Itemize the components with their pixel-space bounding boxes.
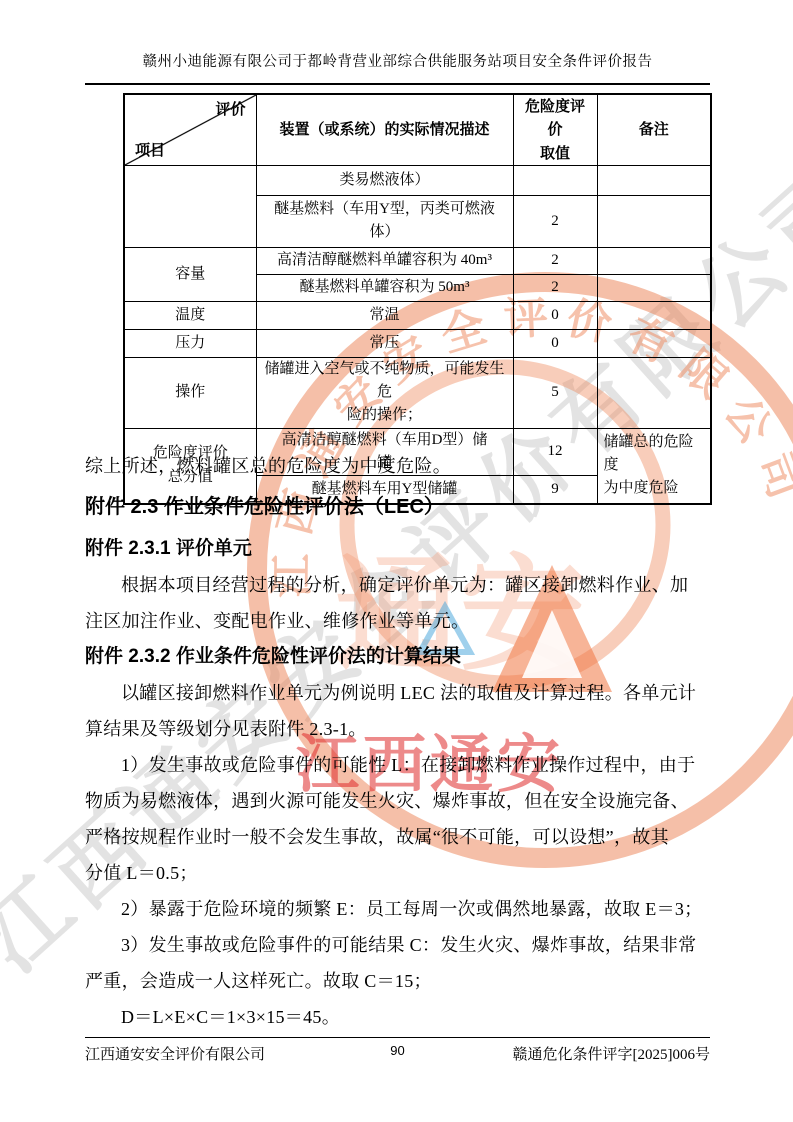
paragraph-line: 严重，会造成一人这样死亡。故取 C＝15； — [85, 963, 715, 999]
paragraph-line: 物质为易燃液体，遇到火源可能发生火灾、爆炸事故，但在安全设施完备、 — [85, 783, 715, 819]
paragraph-line: 根据本项目经营过程的分析，确定评价单元为：罐区接卸燃料作业、加 — [85, 567, 715, 603]
value-cell: 0 — [513, 301, 597, 329]
header-cell-value: 危险度评价 取值 — [513, 94, 597, 165]
value-cell: 2 — [513, 274, 597, 301]
desc-cell: 类易燃液体） — [256, 165, 513, 195]
header-rule — [85, 83, 710, 85]
header-cell-description: 装置（或系统）的实际情况描述 — [256, 94, 513, 165]
value-cell: 2 — [513, 195, 597, 247]
note-cell — [597, 247, 711, 274]
section-heading-2-3-1: 附件 2.3.1 评价单元 — [85, 531, 715, 567]
section-heading-2-3-2: 附件 2.3.2 作业条件危险性评价法的计算结果 — [85, 639, 715, 675]
desc-cell: 常压 — [256, 329, 513, 357]
desc-cell: 高清洁醇醚燃料单罐容积为 40m³ — [256, 247, 513, 274]
desc-cell: 醚基燃料单罐容积为 50m³ — [256, 274, 513, 301]
paragraph-line: 综上所述，燃料罐区总的危险度为中度危险。 — [85, 448, 715, 484]
formula-line: D＝L×E×C＝1×3×15＝45。 — [85, 999, 715, 1035]
document-content: 赣州小迪能源有限公司于都岭背营业部综合供能服务站项目安全条件评价报告 评价 项目… — [0, 0, 793, 1122]
item-cell-capacity: 容量 — [124, 247, 256, 301]
note-cell — [597, 274, 711, 301]
item-cell-temperature: 温度 — [124, 301, 256, 329]
report-header-title: 赣州小迪能源有限公司于都岭背营业部综合供能服务站项目安全条件评价报告 — [85, 50, 710, 71]
note-cell — [597, 301, 711, 329]
footer-document-number: 赣通危化条件评字[2025]006号 — [513, 1043, 711, 1064]
item-cell-pressure: 压力 — [124, 329, 256, 357]
value-cell: 0 — [513, 329, 597, 357]
header-label-xiangmu: 项目 — [135, 139, 165, 162]
footer-rule — [85, 1037, 710, 1038]
paragraph-line: 2）暴露于危险环境的频繁 E：员工每周一次或偶然地暴露，故取 E＝3； — [85, 891, 715, 927]
desc-cell: 常温 — [256, 301, 513, 329]
note-cell — [597, 329, 711, 357]
table-row: 压力 常压 0 — [124, 329, 711, 357]
table-row: 操作 储罐进入空气或不纯物质，可能发生危 险的操作； 5 — [124, 357, 711, 428]
value-cell: 5 — [513, 357, 597, 428]
header-cell-item: 评价 项目 — [124, 94, 256, 165]
note-cell — [597, 357, 711, 428]
paragraph-line: 1）发生事故或危险事件的可能性 L：在接卸燃料作业操作过程中，由于 — [85, 747, 715, 783]
paragraph-line: 分值 L＝0.5； — [85, 855, 715, 891]
document-page: 江西通安安全评价有限公司 江西通安安全评价有限公司 通安 江西通安 赣州小迪能源… — [0, 0, 793, 1122]
value-cell: 2 — [513, 247, 597, 274]
table-row: 容量 高清洁醇醚燃料单罐容积为 40m³ 2 — [124, 247, 711, 274]
body-text: 综上所述，燃料罐区总的危险度为中度危险。 附件 2.3 作业条件危险性评价法（L… — [85, 448, 715, 1035]
desc-cell: 储罐进入空气或不纯物质，可能发生危 险的操作； — [256, 357, 513, 428]
table-header-row: 评价 项目 装置（或系统）的实际情况描述 危险度评价 取值 备注 — [124, 94, 711, 165]
section-heading-2-3: 附件 2.3 作业条件危险性评价法（LEC） — [85, 484, 715, 531]
item-cell-operation: 操作 — [124, 357, 256, 428]
paragraph-line: 3）发生事故或危险事件的可能结果 C：发生火灾、爆炸事故，结果非常 — [85, 927, 715, 963]
header-cell-note: 备注 — [597, 94, 711, 165]
note-cell — [597, 195, 711, 247]
paragraph-line: 算结果及等级划分见表附件 2.3-1。 — [85, 711, 715, 747]
risk-evaluation-table: 评价 项目 装置（或系统）的实际情况描述 危险度评价 取值 备注 类易燃液体） … — [123, 93, 712, 505]
header-label-pingjia: 评价 — [215, 98, 245, 121]
paragraph-line: 以罐区接卸燃料作业单元为例说明 LEC 法的取值及计算过程。各单元计 — [85, 675, 715, 711]
paragraph-line: 注区加注作业、变配电作业、维修作业等单元。 — [85, 603, 715, 639]
table-row: 温度 常温 0 — [124, 301, 711, 329]
item-cell-empty — [124, 165, 256, 247]
value-cell — [513, 165, 597, 195]
table-row: 类易燃液体） — [124, 165, 711, 195]
paragraph-line: 严格按规程作业时一般不会发生事故，故属“很不可能，可以设想”，故其 — [85, 819, 715, 855]
desc-cell: 醚基燃料（车用Y型，丙类可燃液 体） — [256, 195, 513, 247]
note-cell — [597, 165, 711, 195]
